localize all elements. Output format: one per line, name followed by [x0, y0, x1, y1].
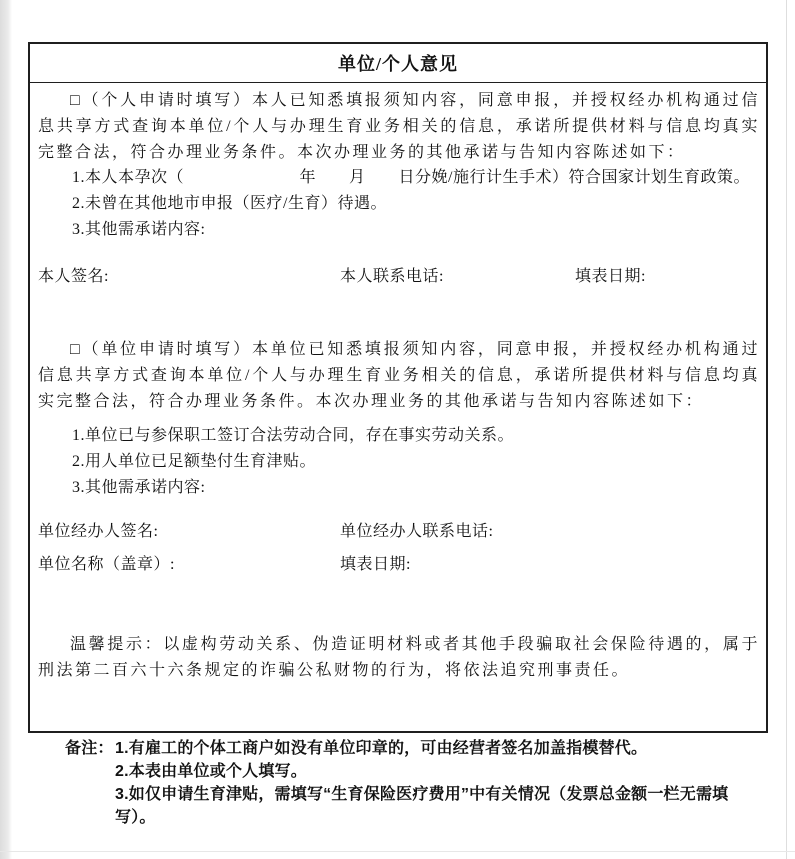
footnote-item-3: 3.如仅申请生育津贴，需填写“生育保险医疗费用”中有关情况（发票总金额一栏无需填…	[115, 783, 747, 829]
footnotes-items: 1.有雇工的个体工商户如没有单位印章的，可由经营者签名加盖指模替代。 2.本表由…	[115, 737, 747, 829]
unit-checkbox-icon: □	[70, 341, 83, 358]
unit-date-label: 填表日期:	[340, 552, 411, 578]
page-title: 单位/个人意见	[338, 50, 458, 76]
scan-edge-left	[0, 0, 12, 859]
form-header-row: 单位/个人意见	[30, 44, 766, 83]
personal-commitment-item-3: 3.其他需承诺内容:	[72, 217, 764, 243]
personal-intro-paragraph: □（个人申请时填写）本人已知悉填报须知内容，同意申报，并授权经办机构通过信息共享…	[38, 88, 760, 166]
personal-commitment-list: 1.本人本孕次（ 年 月 日分娩/施行计生手术）符合国家计划生育政策。 2.未曾…	[72, 165, 764, 243]
opinion-form-table: 单位/个人意见 □（个人申请时填写）本人已知悉填报须知内容，同意申报，并授权经办…	[28, 42, 768, 733]
unit-signature-row-2: 单位名称（盖章）: 填表日期:	[38, 552, 762, 578]
personal-signature-label: 本人签名:	[38, 264, 109, 290]
warm-tip-paragraph: 温馨提示：以虚构劳动关系、伪造证明材料或者其他手段骗取社会保险待遇的，属于刑法第…	[38, 632, 760, 684]
unit-commitment-list: 1.单位已与参保职工签订合法劳动合同，存在事实劳动关系。 2.用人单位已足额垫付…	[72, 423, 764, 501]
unit-intro-text: （单位申请时填写）本单位已知悉填报须知内容，同意申报，并授权经办机构通过信息共享…	[38, 341, 760, 410]
footnotes: 备注： 1.有雇工的个体工商户如没有单位印章的，可由经营者签名加盖指模替代。 2…	[65, 737, 765, 829]
scan-edge-right	[786, 0, 787, 859]
personal-signature-row: 本人签名: 本人联系电话: 填表日期:	[38, 264, 762, 290]
personal-commitment-item-2: 2.未曾在其他地市申报（医疗/生育）待遇。	[72, 191, 764, 217]
unit-signature-row-1: 单位经办人签名: 单位经办人联系电话:	[38, 519, 762, 545]
footnote-item-2: 2.本表由单位或个人填写。	[115, 760, 747, 783]
unit-intro-paragraph: □（单位申请时填写）本单位已知悉填报须知内容，同意申报，并授权经办机构通过信息共…	[38, 337, 760, 415]
footnote-item-1: 1.有雇工的个体工商户如没有单位印章的，可由经营者签名加盖指模替代。	[115, 737, 747, 760]
unit-agent-phone-label: 单位经办人联系电话:	[340, 519, 493, 545]
personal-checkbox-icon: □	[70, 92, 83, 109]
personal-commitment-item-1: 1.本人本孕次（ 年 月 日分娩/施行计生手术）符合国家计划生育政策。	[72, 165, 764, 191]
personal-phone-label: 本人联系电话:	[340, 264, 444, 290]
personal-intro-text: （个人申请时填写）本人已知悉填报须知内容，同意申报，并授权经办机构通过信息共享方…	[38, 92, 760, 161]
footnotes-label: 备注：	[65, 737, 115, 829]
unit-agent-signature-label: 单位经办人签名:	[38, 519, 158, 545]
unit-commitment-item-2: 2.用人单位已足额垫付生育津贴。	[72, 449, 764, 475]
unit-commitment-item-1: 1.单位已与参保职工签订合法劳动合同，存在事实劳动关系。	[72, 423, 764, 449]
unit-name-label: 单位名称（盖章）:	[38, 552, 175, 578]
scan-edge-bottom	[0, 851, 795, 852]
personal-date-label: 填表日期:	[575, 264, 646, 290]
unit-commitment-item-3: 3.其他需承诺内容:	[72, 475, 764, 501]
